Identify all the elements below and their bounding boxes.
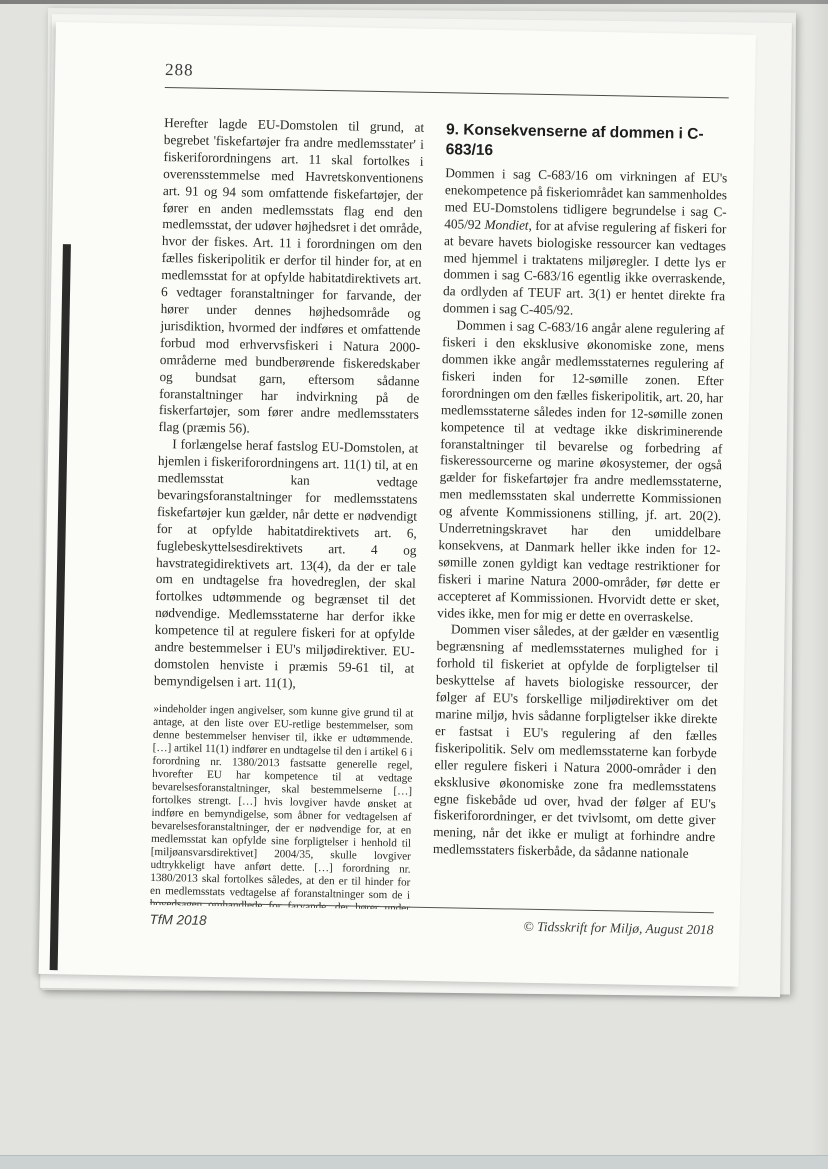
scan-background: { "page": { "page_number": "288", "foote…: [0, 0, 828, 1169]
two-column-text: Herefter lagde EU-Domstolen til grund, a…: [150, 115, 728, 915]
footer-row: TfM 2018 © Tidsskrift for Miljø, August …: [149, 912, 713, 938]
scan-right-shade: [810, 0, 828, 1169]
paragraph: Dommen viser således, at der gælder en v…: [433, 622, 719, 864]
paragraph: Herefter lagde EU-Domstolen til grund, a…: [158, 115, 424, 441]
copyright-notice: © Tidsskrift for Miljø, August 2018: [523, 919, 713, 938]
scanner-top-edge: [0, 0, 828, 4]
section-heading: 9. Konsekvenserne af dommen i C-683/16: [446, 120, 729, 165]
paragraph: Dommen i sag C-683/16 angår alene regule…: [437, 317, 725, 626]
journal-abbreviation: TfM 2018: [149, 912, 206, 928]
page-number: 288: [165, 60, 729, 90]
paragraph-text: , for at afvise regulering af fiskeri fo…: [443, 217, 727, 317]
paragraph: I forlængelse heraf fastslog EU-Domstole…: [154, 436, 419, 694]
scanner-bottom-edge: [0, 1155, 828, 1169]
binding-mark: [50, 244, 71, 970]
blockquote: »indeholder ingen angivelser, som kunne …: [150, 703, 414, 915]
scanned-page: 288 Herefter lagde EU-Domstolen til grun…: [39, 22, 756, 987]
left-column: Herefter lagde EU-Domstolen til grund, a…: [150, 115, 424, 910]
case-name-italic: Mondiet: [484, 217, 528, 233]
page-content: 288 Herefter lagde EU-Domstolen til grun…: [150, 60, 729, 915]
paragraph: Dommen i sag C-683/16 om virkningen af E…: [443, 165, 728, 322]
right-column: 9. Konsekvenserne af dommen i C-683/16 D…: [432, 120, 728, 915]
